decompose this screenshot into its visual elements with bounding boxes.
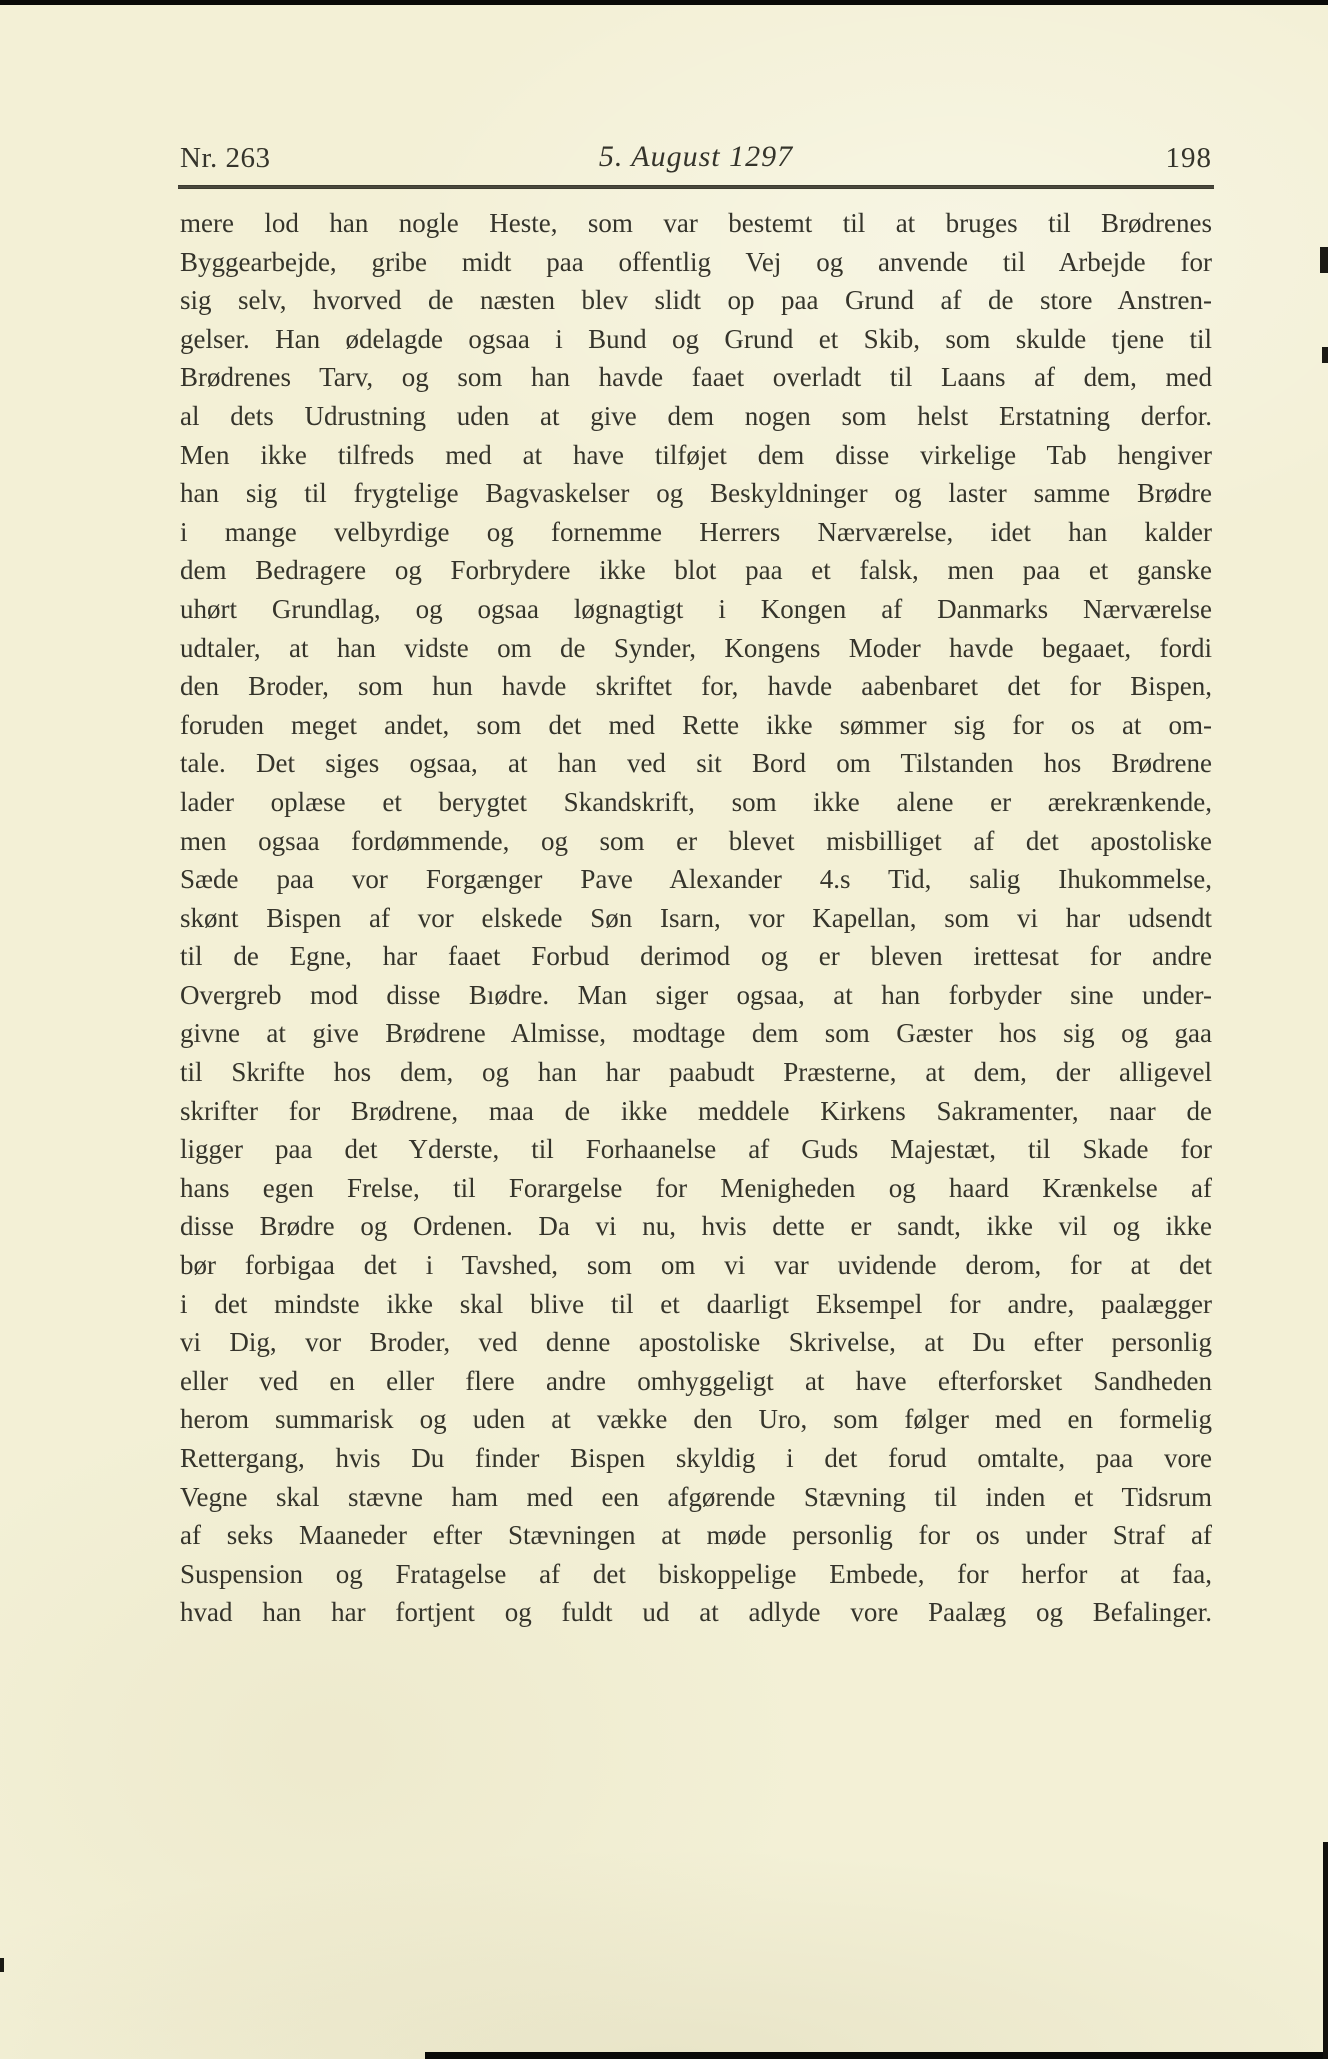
body-text: mere lod han nogle Heste, som var bestem… [180,204,1212,1632]
text-line: disse Brødre og Ordenen. Da vi nu, hvis … [180,1207,1212,1246]
text-line: lader oplæse et berygtet Skandskrift, so… [180,783,1212,822]
text-line: Rettergang, hvis Du finder Bispen skyldi… [180,1439,1212,1478]
page-number: 198 [1166,142,1213,175]
text-line: Suspension og Fratagelse af det biskoppe… [180,1555,1212,1594]
text-line: herom summarisk og uden at vække den Uro… [180,1400,1212,1439]
text-line: i mange velbyrdige og fornemme Herrers N… [180,513,1212,552]
text-line: han sig til frygtelige Bagvaskelser og B… [180,474,1212,513]
text-line: uhørt Grundlag, og ogsaa løgnagtigt i Ko… [180,590,1212,629]
scan-mark [1320,247,1328,273]
text-line: tale. Det siges ogsaa, at han ved sit Bo… [180,744,1212,783]
text-line: skrifter for Brødrene, maa de ikke medde… [180,1092,1212,1131]
document-page: Nr. 263 5. August 1297 198 mere lod han … [0,0,1328,2059]
text-line: Sæde paa vor Forgænger Pave Alexander 4.… [180,860,1212,899]
text-line: Men ikke tilfreds med at have tilføjet d… [180,436,1212,475]
text-line: hans egen Frelse, til Forargelse for Men… [180,1169,1212,1208]
text-line: hvad han har fortjent og fuldt ud at adl… [180,1593,1212,1632]
header-rule [178,185,1214,189]
text-line: gelser. Han ødelagde ogsaa i Bund og Gru… [180,320,1212,359]
text-line: sig selv, hvorved de næsten blev slidt o… [180,281,1212,320]
text-line: ligger paa det Yderste, til Forhaanelse … [180,1130,1212,1169]
text-line: den Broder, som hun havde skriftet for, … [180,667,1212,706]
document-date: 5. August 1297 [180,140,1212,174]
scan-edge-bottom [425,2052,1328,2059]
text-line: vi Dig, vor Broder, ved denne apostolisk… [180,1323,1212,1362]
scan-mark [1322,347,1328,363]
scan-mark [0,1958,4,1972]
text-line: eller ved en eller flere andre omhyggeli… [180,1362,1212,1401]
text-line: Byggearbejde, gribe midt paa offentlig V… [180,243,1212,282]
text-line: men ogsaa fordømmende, og som er blevet … [180,822,1212,861]
scan-edge-right [1323,1842,1328,2059]
text-line: dem Bedragere og Forbrydere ikke blot pa… [180,551,1212,590]
page-header: Nr. 263 5. August 1297 198 [180,142,1212,180]
text-line: al dets Udrustning uden at give dem noge… [180,397,1212,436]
text-line: skønt Bispen af vor elskede Søn Isarn, v… [180,899,1212,938]
text-line: i det mindste ikke skal blive til et daa… [180,1285,1212,1324]
scan-edge-top [0,0,1328,5]
text-line: til de Egne, har faaet Forbud derimod og… [180,937,1212,976]
text-line: til Skrifte hos dem, og han har paabudt … [180,1053,1212,1092]
text-line: udtaler, at han vidste om de Synder, Kon… [180,629,1212,668]
text-line: givne at give Brødrene Almisse, modtage … [180,1014,1212,1053]
text-line: Brødrenes Tarv, og som han havde faaet o… [180,358,1212,397]
text-line: Overgreb mod disse Bıødre. Man siger ogs… [180,976,1212,1015]
text-line: mere lod han nogle Heste, som var bestem… [180,204,1212,243]
text-line: af seks Maaneder efter Stævningen at mød… [180,1516,1212,1555]
text-line: foruden meget andet, som det med Rette i… [180,706,1212,745]
text-line: bør forbigaa det i Tavshed, som om vi va… [180,1246,1212,1285]
text-line: Vegne skal stævne ham med een afgørende … [180,1478,1212,1517]
